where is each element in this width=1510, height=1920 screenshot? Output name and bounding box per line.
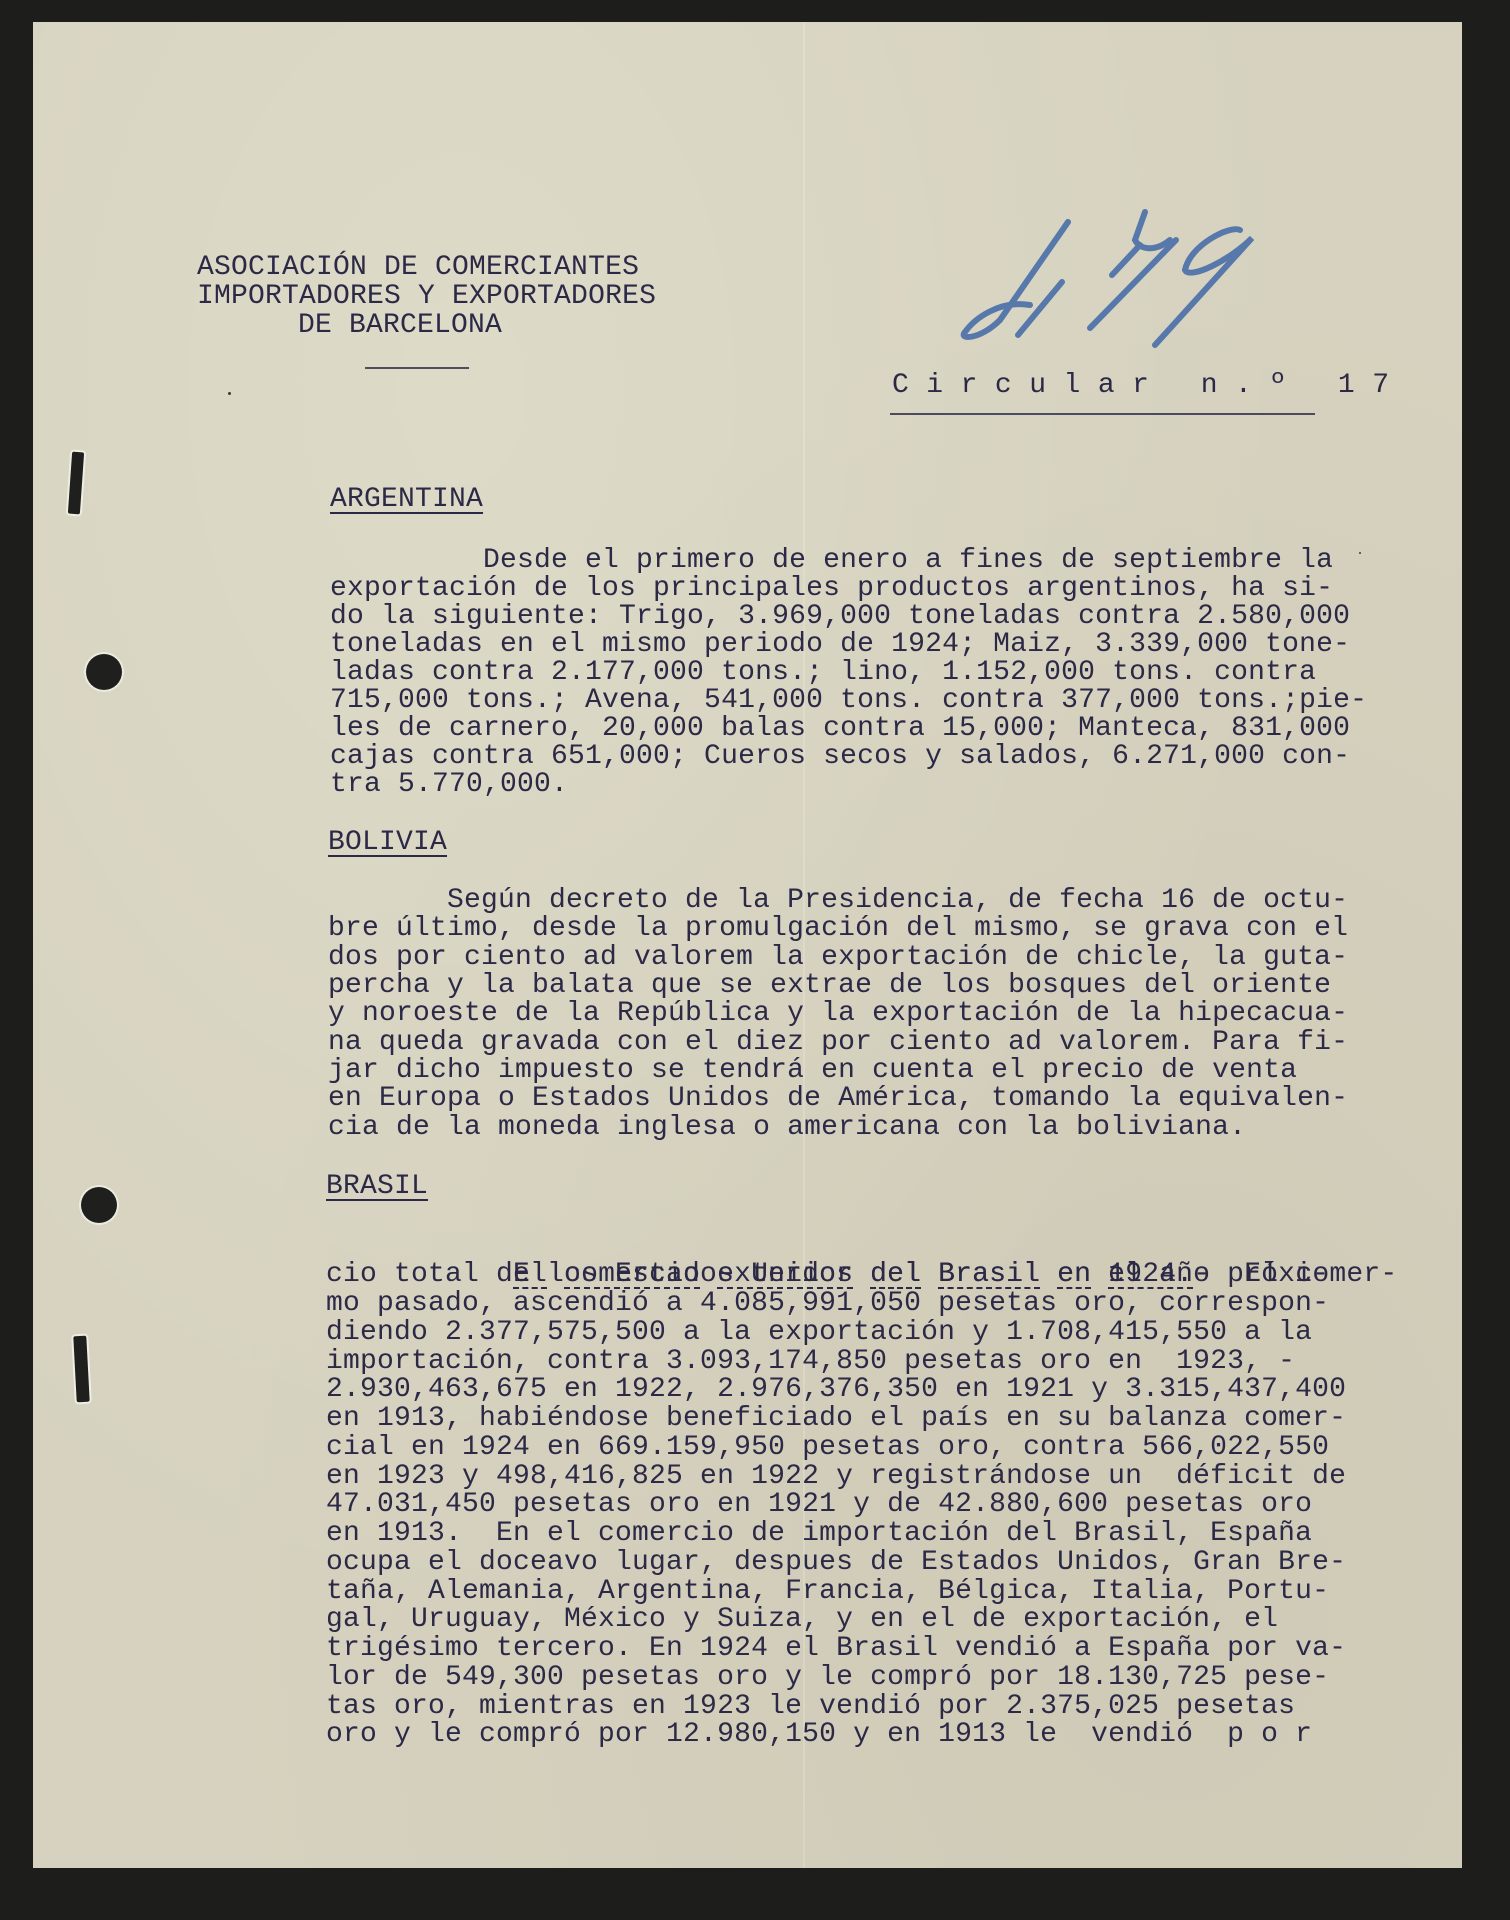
text-line: importación, contra 3.093,174,850 peseta… <box>326 1348 1295 1376</box>
text-line: taña, Alemania, Argentina, Francia, Bélg… <box>326 1578 1329 1606</box>
text-line: 2.930,463,675 en 1922, 2.976,376,350 en … <box>326 1376 1346 1404</box>
text-line: cial en 1924 en 669.159,950 pesetas oro,… <box>326 1434 1329 1462</box>
circular-underline <box>890 413 1315 415</box>
text-line: na queda gravada con el diez por ciento … <box>328 1029 1348 1057</box>
text-line: oro y le compró por 12.980,150 y en 1913… <box>326 1721 1312 1749</box>
text-line: diendo 2.377,575,500 a la exportación y … <box>326 1319 1312 1347</box>
text-line: cio total de los Estados Unidos del Bras… <box>326 1261 1329 1289</box>
text-line: en Europa o Estados Unidos de América, t… <box>328 1085 1348 1113</box>
section-heading-brasil: BRASIL <box>326 1173 428 1201</box>
text-line: trigésimo tercero. En 1924 el Brasil ven… <box>326 1635 1346 1663</box>
text-line: en 1923 y 498,416,825 en 1922 y registrá… <box>326 1463 1346 1491</box>
text-line: les de carnero, 20,000 balas contra 15,0… <box>330 715 1350 743</box>
text-line: mo pasado, ascendió a 4.085,991,050 pese… <box>326 1290 1329 1318</box>
text-line: jar dicho impuesto se tendrá en cuenta e… <box>328 1057 1297 1085</box>
text-line: exportación de los principales productos… <box>330 575 1333 603</box>
text-line: ocupa el doceavo lugar, despues de Estad… <box>326 1549 1346 1577</box>
text-line: dos por ciento ad valorem la exportación… <box>328 944 1348 972</box>
text-line: bre último, desde la promulgación del mi… <box>328 915 1348 943</box>
letterhead-line-3: DE BARCELONA <box>298 312 502 340</box>
text-line: 47.031,450 pesetas oro en 1921 y de 42.8… <box>326 1491 1312 1519</box>
text-line: ladas contra 2.177,000 tons.; lino, 1.15… <box>330 659 1316 687</box>
text-line: y noroeste de la República y la exportac… <box>328 1000 1348 1028</box>
text-line: tas oro, mientras en 1923 le vendió por … <box>326 1693 1295 1721</box>
text-line: lor de 549,300 pesetas oro y le compró p… <box>326 1664 1329 1692</box>
text-line: gal, Uruguay, México y Suiza, y en el de… <box>326 1606 1278 1634</box>
letterhead-line-1: ASOCIACIÓN DE COMERCIANTES <box>197 254 639 282</box>
text-line: cajas contra 651,000; Cueros secos y sal… <box>330 743 1350 771</box>
circular-number: Circular n.º 17 <box>892 372 1407 400</box>
handwritten-number-479 <box>940 200 1280 360</box>
section-heading-argentina: ARGENTINA <box>330 486 483 514</box>
letterhead-line-2: IMPORTADORES Y EXPORTADORES <box>197 283 656 311</box>
torn-staple-hole-top <box>66 450 87 517</box>
text-line: en 1913. En el comercio de importación d… <box>326 1520 1312 1548</box>
text-line: toneladas en el mismo periodo de 1924; M… <box>330 631 1350 659</box>
text-line: percha y la balata que se extrae de los … <box>328 972 1331 1000</box>
punch-hole-bottom <box>81 1187 117 1223</box>
paper-speck <box>1359 552 1361 554</box>
text-line: 715,000 tons.; Avena, 541,000 tons. cont… <box>330 687 1367 715</box>
letterhead-rule <box>365 367 469 369</box>
torn-staple-hole-bottom <box>71 1334 92 1405</box>
text-line: Desde el primero de enero a fines de sep… <box>330 547 1333 575</box>
text-line: do la siguiente: Trigo, 3.969,000 tonela… <box>330 603 1350 631</box>
paper-speck <box>228 392 231 395</box>
punch-hole-top <box>86 654 122 690</box>
text-line: en 1913, habiéndose beneficiado el país … <box>326 1405 1346 1433</box>
document-page: ASOCIACIÓN DE COMERCIANTES IMPORTADORES … <box>33 22 1462 1868</box>
text-line: tra 5.770,000. <box>330 771 568 799</box>
text-line: cia de la moneda inglesa o americana con… <box>328 1114 1246 1142</box>
text-line: Según decreto de la Presidencia, de fech… <box>328 887 1348 915</box>
section-heading-bolivia: BOLIVIA <box>328 829 447 857</box>
